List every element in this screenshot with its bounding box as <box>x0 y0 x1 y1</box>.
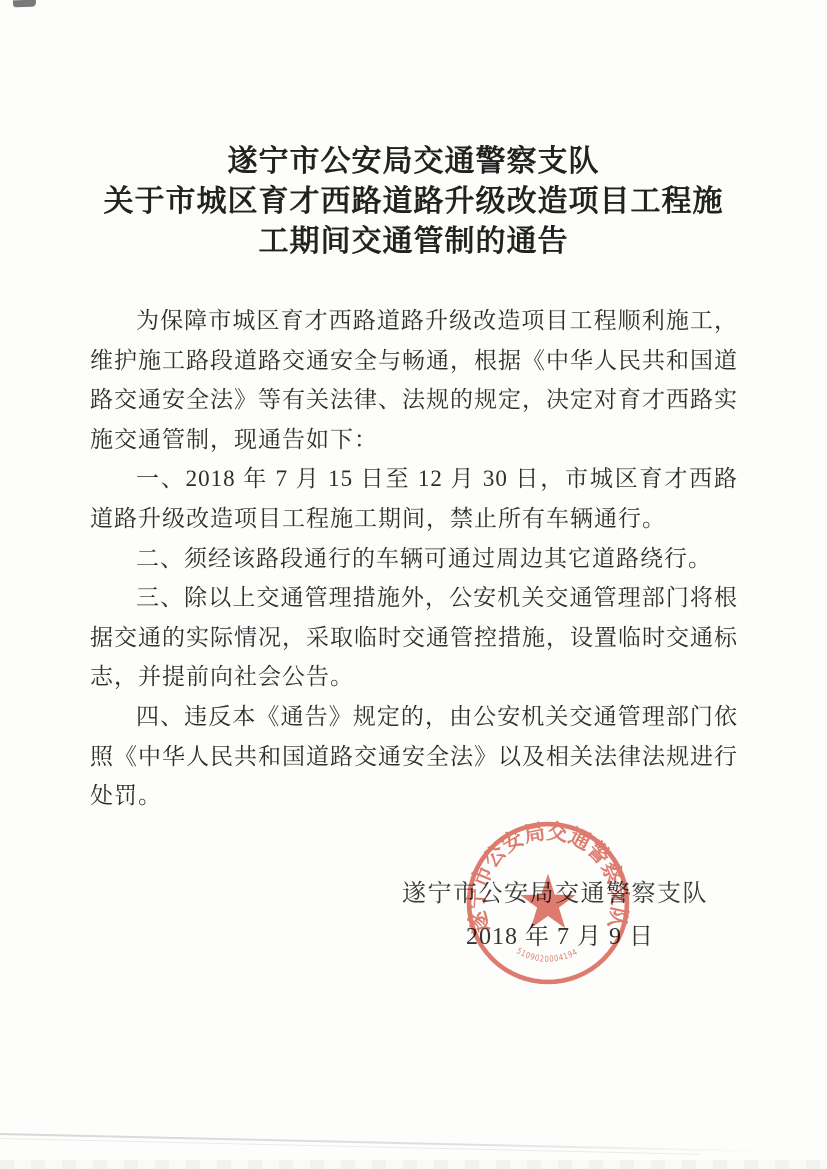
paragraph-item-3: 三、除以上交通管理措施外，公安机关交通管理部门将根据交通的实际情况，采取临时交通… <box>90 578 738 697</box>
notice-body: 为保障市城区育才西路道路升级改造项目工程顺利施工，维护施工路段道路交通安全与畅通… <box>90 301 738 816</box>
paragraph-intro: 为保障市城区育才西路道路升级改造项目工程顺利施工，维护施工路段道路交通安全与畅通… <box>90 301 738 459</box>
notice-title: 遂宁市公安局交通警察支队 关于市城区育才西路道路升级改造项目工程施 工期间交通管… <box>0 142 827 262</box>
paragraph-item-2: 二、须经该路段通行的车辆可通过周边其它道路绕行。 <box>90 539 738 579</box>
title-line-2: 关于市城区育才西路道路升级改造项目工程施 <box>0 182 827 222</box>
issue-date: 2018 年 7 月 9 日 <box>466 916 654 951</box>
title-line-1: 遂宁市公安局交通警察支队 <box>0 142 827 182</box>
scanned-notice-page: 遂宁市公安局交通警察支队 关于市城区育才西路道路升级改造项目工程施 工期间交通管… <box>0 0 827 1169</box>
paragraph-item-4: 四、违反本《通告》规定的，由公安机关交通管理部门依照《中华人民共和国道路交通安全… <box>90 697 738 816</box>
scan-edge-band <box>0 1160 827 1169</box>
paragraph-item-1: 一、2018 年 7 月 15 日至 12 月 30 日，市城区育才西路道路升级… <box>90 459 738 538</box>
scan-smudge <box>13 0 36 7</box>
issuer-signature: 遂宁市公安局交通警察支队 <box>402 873 708 908</box>
title-line-3: 工期间交通管制的通告 <box>0 222 827 262</box>
scanner-streak <box>0 1133 775 1153</box>
